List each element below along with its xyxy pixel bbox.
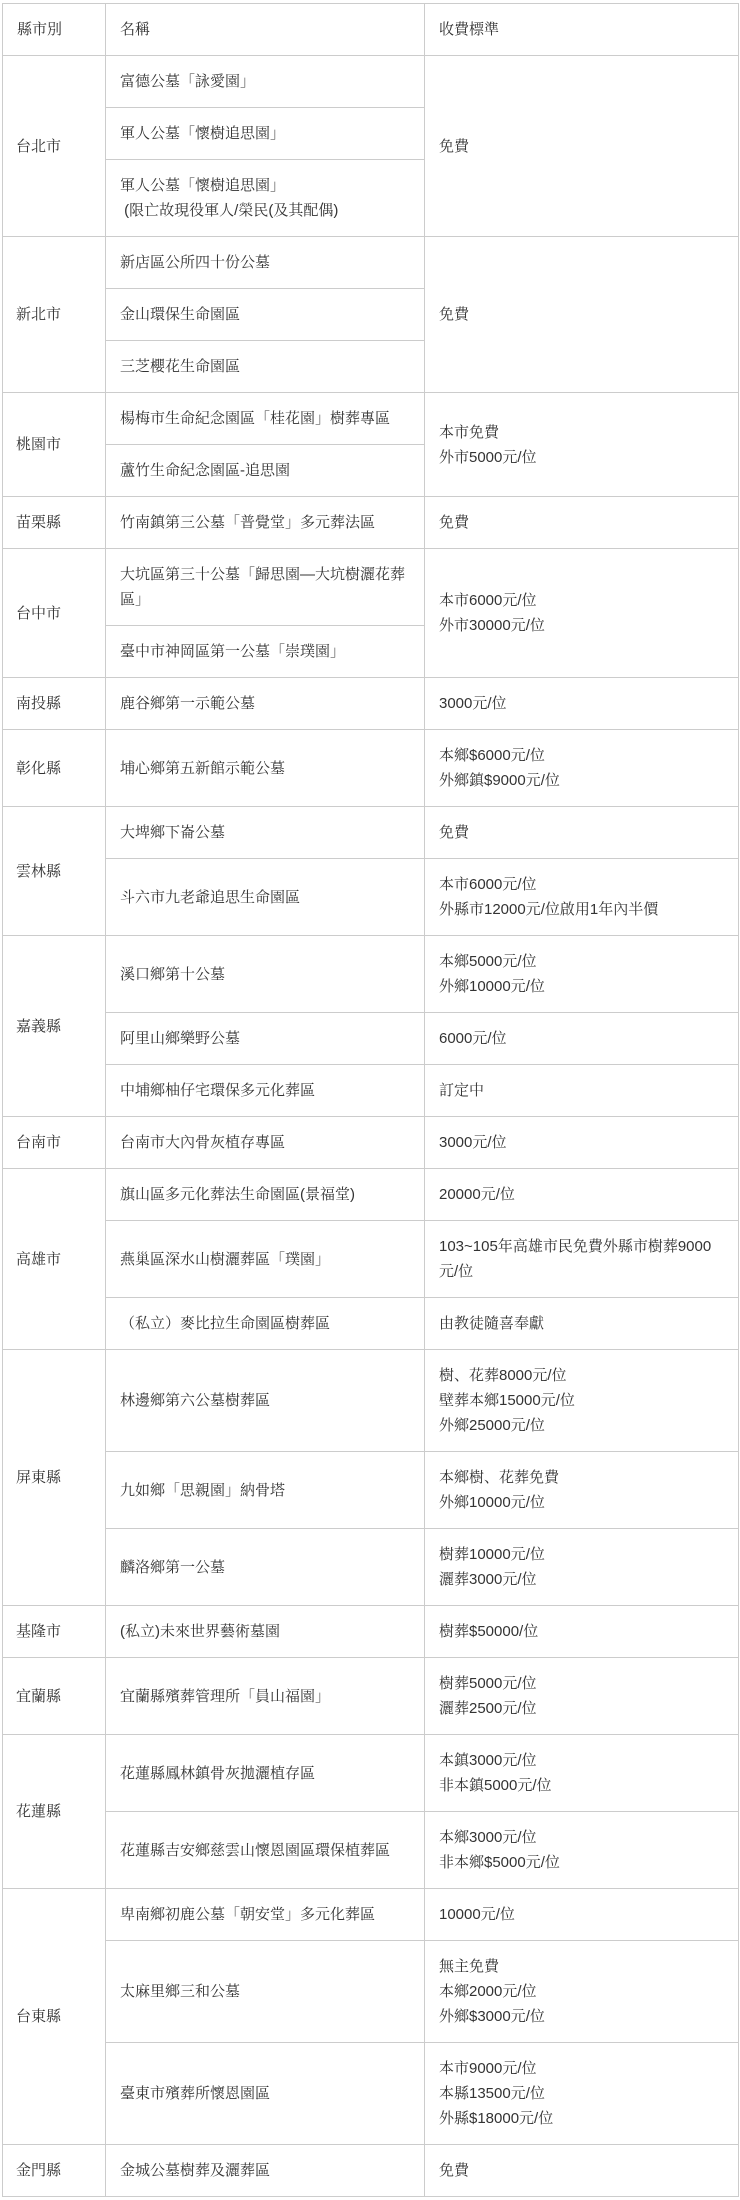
fee-cell: 樹葬10000元/位 灑葬3000元/位 — [425, 1529, 739, 1606]
fee-cell: 本市免費 外市5000元/位 — [425, 393, 739, 497]
county-cell: 台北市 — [3, 56, 106, 237]
site-name-cell: 中埔鄉柚仔宅環保多元化葬區 — [106, 1065, 425, 1117]
county-cell: 屏東縣 — [3, 1350, 106, 1606]
site-name-cell: 富德公墓「詠愛園」 — [106, 56, 425, 108]
site-name-cell: 三芝櫻花生命園區 — [106, 341, 425, 393]
table-row: （私立）麥比拉生命園區樹葬區由教徒隨喜奉獻 — [3, 1298, 739, 1350]
site-name-cell: 楊梅市生命紀念園區「桂花園」樹葬專區 — [106, 393, 425, 445]
fee-cell: 免費 — [425, 2145, 739, 2197]
site-name-cell: 蘆竹生命紀念園區-追思園 — [106, 445, 425, 497]
fee-table-body: 台北市富德公墓「詠愛園」免費軍人公墓「懷樹追思園」軍人公墓「懷樹追思園」 (限亡… — [3, 56, 739, 2197]
county-cell: 南投縣 — [3, 678, 106, 730]
fee-cell: 樹葬$50000/位 — [425, 1606, 739, 1658]
site-name-cell: 九如鄉「思親園」納骨塔 — [106, 1452, 425, 1529]
fee-cell: 本鄉樹、花葬免費 外鄉10000元/位 — [425, 1452, 739, 1529]
fee-cell: 20000元/位 — [425, 1169, 739, 1221]
site-name-cell: 金山環保生命園區 — [106, 289, 425, 341]
county-cell: 新北市 — [3, 237, 106, 393]
table-row: 桃園市楊梅市生命紀念園區「桂花園」樹葬專區本市免費 外市5000元/位 — [3, 393, 739, 445]
fee-cell: 免費 — [425, 807, 739, 859]
fee-cell: 免費 — [425, 237, 739, 393]
table-row: 彰化縣埔心鄉第五新館示範公墓本鄉$6000元/位 外鄉鎮$9000元/位 — [3, 730, 739, 807]
site-name-cell: 埔心鄉第五新館示範公墓 — [106, 730, 425, 807]
county-cell: 台南市 — [3, 1117, 106, 1169]
table-row: 雲林縣大埤鄉下崙公墓免費 — [3, 807, 739, 859]
table-row: 基隆市(私立)未來世界藝術墓園樹葬$50000/位 — [3, 1606, 739, 1658]
site-name-cell: 卑南鄉初鹿公墓「朝安堂」多元化葬區 — [106, 1889, 425, 1941]
fee-cell: 6000元/位 — [425, 1013, 739, 1065]
table-row: 台東縣卑南鄉初鹿公墓「朝安堂」多元化葬區10000元/位 — [3, 1889, 739, 1941]
table-row: 高雄市旗山區多元化葬法生命園區(景福堂)20000元/位 — [3, 1169, 739, 1221]
site-name-cell: 宜蘭縣殯葬管理所「員山福園」 — [106, 1658, 425, 1735]
county-cell: 苗栗縣 — [3, 497, 106, 549]
table-header: 縣市別 名稱 收費標準 — [3, 4, 739, 56]
county-cell: 基隆市 — [3, 1606, 106, 1658]
table-row: 苗栗縣竹南鎮第三公墓「普覺堂」多元葬法區免費 — [3, 497, 739, 549]
county-cell: 高雄市 — [3, 1169, 106, 1350]
fee-cell: 本市9000元/位 本縣13500元/位 外縣$18000元/位 — [425, 2043, 739, 2145]
site-name-cell: 花蓮縣鳳林鎮骨灰拋灑植存區 — [106, 1735, 425, 1812]
table-row: 台中市大坑區第三十公墓「歸思園—大坑樹灑花葬區」本市6000元/位 外市3000… — [3, 549, 739, 626]
county-cell: 雲林縣 — [3, 807, 106, 936]
table-row: 台北市富德公墓「詠愛園」免費 — [3, 56, 739, 108]
table-row: 金門縣金城公墓樹葬及灑葬區免費 — [3, 2145, 739, 2197]
table-row: 花蓮縣吉安鄉慈雲山懷恩園區環保植葬區本鄉3000元/位 非本鄉$5000元/位 — [3, 1812, 739, 1889]
site-name-cell: 金城公墓樹葬及灑葬區 — [106, 2145, 425, 2197]
burial-fee-table: 縣市別 名稱 收費標準 台北市富德公墓「詠愛園」免費軍人公墓「懷樹追思園」軍人公… — [2, 3, 739, 2197]
table-row: 臺東市殯葬所懷恩園區本市9000元/位 本縣13500元/位 外縣$18000元… — [3, 2043, 739, 2145]
table-row: 嘉義縣溪口鄉第十公墓本鄉5000元/位 外鄉10000元/位 — [3, 936, 739, 1013]
county-cell: 嘉義縣 — [3, 936, 106, 1117]
table-row: 中埔鄉柚仔宅環保多元化葬區訂定中 — [3, 1065, 739, 1117]
table-row: 南投縣鹿谷鄉第一示範公墓3000元/位 — [3, 678, 739, 730]
fee-cell: 103~105年高雄市民免費外縣市樹葬9000元/位 — [425, 1221, 739, 1298]
site-name-cell: 旗山區多元化葬法生命園區(景福堂) — [106, 1169, 425, 1221]
table-row: 宜蘭縣宜蘭縣殯葬管理所「員山福園」樹葬5000元/位 灑葬2500元/位 — [3, 1658, 739, 1735]
county-cell: 彰化縣 — [3, 730, 106, 807]
site-name-cell: 燕巢區深水山樹灑葬區「璞園」 — [106, 1221, 425, 1298]
fee-cell: 訂定中 — [425, 1065, 739, 1117]
table-row: 阿里山鄉樂野公墓6000元/位 — [3, 1013, 739, 1065]
table-row: 斗六市九老爺追思生命園區本市6000元/位 外縣市12000元/位啟用1年內半價 — [3, 859, 739, 936]
fee-cell: 由教徒隨喜奉獻 — [425, 1298, 739, 1350]
table-row: 花蓮縣花蓮縣鳳林鎮骨灰拋灑植存區本鎮3000元/位 非本鎮5000元/位 — [3, 1735, 739, 1812]
fee-cell: 本鄉5000元/位 外鄉10000元/位 — [425, 936, 739, 1013]
site-name-cell: 新店區公所四十份公墓 — [106, 237, 425, 289]
fee-cell: 3000元/位 — [425, 1117, 739, 1169]
site-name-cell: 阿里山鄉樂野公墓 — [106, 1013, 425, 1065]
site-name-cell: 軍人公墓「懷樹追思園」 — [106, 108, 425, 160]
site-name-cell: 花蓮縣吉安鄉慈雲山懷恩園區環保植葬區 — [106, 1812, 425, 1889]
table-row: 麟洛鄉第一公墓樹葬10000元/位 灑葬3000元/位 — [3, 1529, 739, 1606]
site-name-cell: （私立）麥比拉生命園區樹葬區 — [106, 1298, 425, 1350]
fee-cell: 本市6000元/位 外市30000元/位 — [425, 549, 739, 678]
fee-cell: 本鄉$6000元/位 外鄉鎮$9000元/位 — [425, 730, 739, 807]
site-name-cell: (私立)未來世界藝術墓園 — [106, 1606, 425, 1658]
fee-cell: 本鎮3000元/位 非本鎮5000元/位 — [425, 1735, 739, 1812]
site-name-cell: 斗六市九老爺追思生命園區 — [106, 859, 425, 936]
site-name-cell: 溪口鄉第十公墓 — [106, 936, 425, 1013]
fee-cell: 本鄉3000元/位 非本鄉$5000元/位 — [425, 1812, 739, 1889]
fee-cell: 10000元/位 — [425, 1889, 739, 1941]
site-name-cell: 太麻里鄉三和公墓 — [106, 1941, 425, 2043]
county-cell: 宜蘭縣 — [3, 1658, 106, 1735]
header-fee: 收費標準 — [425, 4, 739, 56]
table-row: 九如鄉「思親園」納骨塔本鄉樹、花葬免費 外鄉10000元/位 — [3, 1452, 739, 1529]
header-row: 縣市別 名稱 收費標準 — [3, 4, 739, 56]
county-cell: 金門縣 — [3, 2145, 106, 2197]
header-name: 名稱 — [106, 4, 425, 56]
county-cell: 台東縣 — [3, 1889, 106, 2145]
table-row: 新北市新店區公所四十份公墓免費 — [3, 237, 739, 289]
site-name-cell: 大坑區第三十公墓「歸思園—大坑樹灑花葬區」 — [106, 549, 425, 626]
site-name-cell: 鹿谷鄉第一示範公墓 — [106, 678, 425, 730]
fee-cell: 本市6000元/位 外縣市12000元/位啟用1年內半價 — [425, 859, 739, 936]
fee-cell: 無主免費 本鄉2000元/位 外鄉$3000元/位 — [425, 1941, 739, 2043]
fee-cell: 免費 — [425, 497, 739, 549]
site-name-cell: 林邊鄉第六公墓樹葬區 — [106, 1350, 425, 1452]
header-county: 縣市別 — [3, 4, 106, 56]
fee-cell: 樹葬5000元/位 灑葬2500元/位 — [425, 1658, 739, 1735]
table-row: 台南市台南市大內骨灰植存專區3000元/位 — [3, 1117, 739, 1169]
table-row: 屏東縣林邊鄉第六公墓樹葬區樹、花葬8000元/位 壁葬本鄉15000元/位 外鄉… — [3, 1350, 739, 1452]
site-name-cell: 竹南鎮第三公墓「普覺堂」多元葬法區 — [106, 497, 425, 549]
county-cell: 台中市 — [3, 549, 106, 678]
county-cell: 花蓮縣 — [3, 1735, 106, 1889]
site-name-cell: 臺中市神岡區第一公墓「崇璞園」 — [106, 626, 425, 678]
site-name-cell: 麟洛鄉第一公墓 — [106, 1529, 425, 1606]
table-row: 太麻里鄉三和公墓無主免費 本鄉2000元/位 外鄉$3000元/位 — [3, 1941, 739, 2043]
county-cell: 桃園市 — [3, 393, 106, 497]
fee-cell: 免費 — [425, 56, 739, 237]
table-row: 燕巢區深水山樹灑葬區「璞園」103~105年高雄市民免費外縣市樹葬9000元/位 — [3, 1221, 739, 1298]
site-name-cell: 大埤鄉下崙公墓 — [106, 807, 425, 859]
fee-cell: 3000元/位 — [425, 678, 739, 730]
fee-cell: 樹、花葬8000元/位 壁葬本鄉15000元/位 外鄉25000元/位 — [425, 1350, 739, 1452]
site-name-cell: 軍人公墓「懷樹追思園」 (限亡故現役軍人/榮民(及其配偶) — [106, 160, 425, 237]
site-name-cell: 臺東市殯葬所懷恩園區 — [106, 2043, 425, 2145]
site-name-cell: 台南市大內骨灰植存專區 — [106, 1117, 425, 1169]
